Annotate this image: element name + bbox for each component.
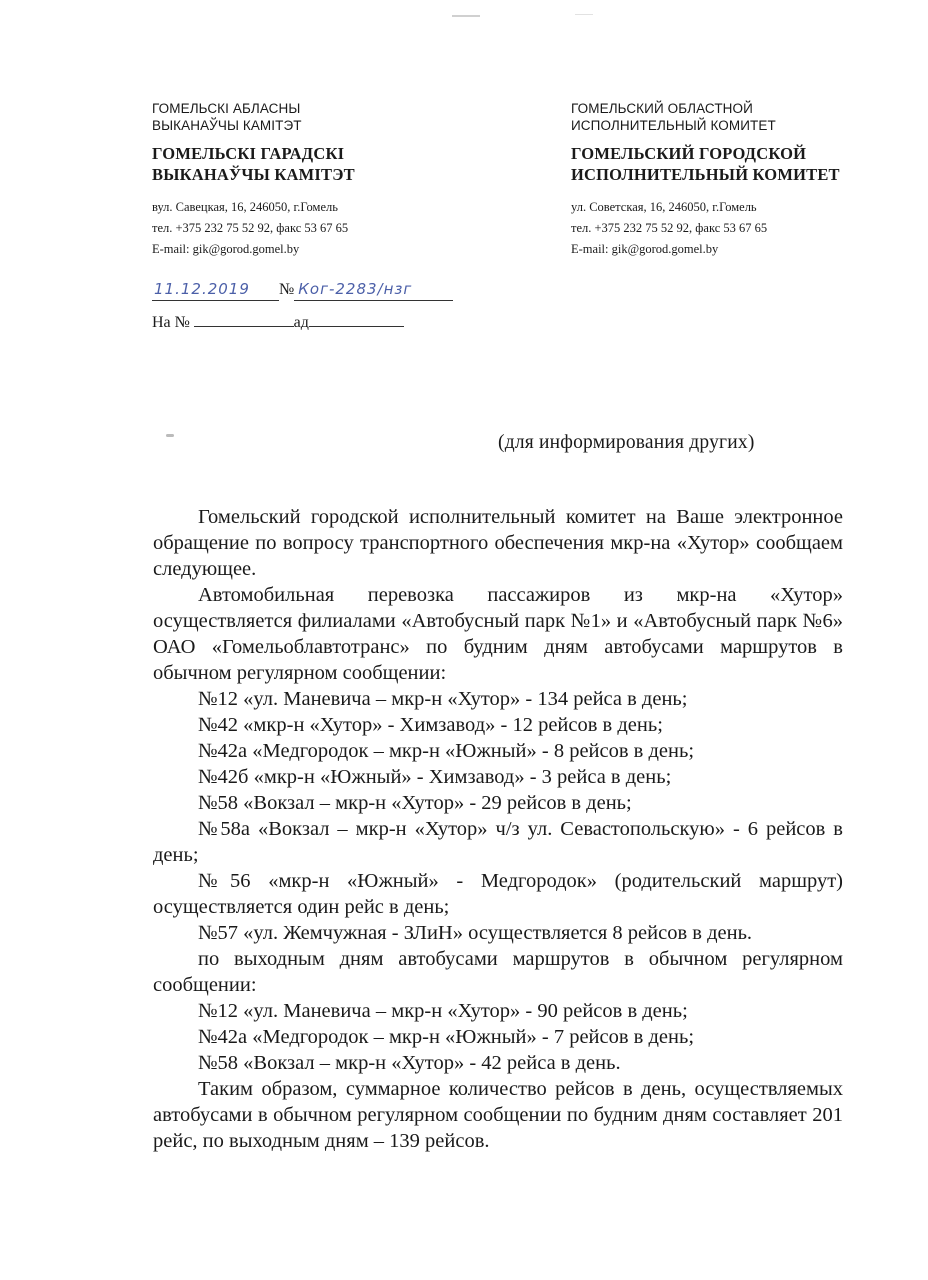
- organization-name: ГОМЕЛЬСКІ ГАРАДСКІ ВЫКАНАЎЧЫ КАМІТЭТ: [152, 143, 482, 185]
- reply-date-blank: [309, 310, 404, 327]
- route-item: №42а «Медгородок – мкр-н «Южный» - 8 рей…: [153, 738, 843, 764]
- organization-name: ГОМЕЛЬСКИЙ ГОРОДСКОЙ ИСПОЛНИТЕЛЬНЫЙ КОМИ…: [571, 143, 901, 185]
- email: E-mail: gik@gorod.gomel.by: [571, 239, 901, 260]
- scan-artifact: [166, 434, 174, 437]
- scan-artifact: [452, 15, 480, 17]
- reply-number-blank: [194, 310, 294, 327]
- region-committee-name: ГОМЕЛЬСКИЙ ОБЛАСТНОЙ ИСПОЛНИТЕЛЬНЫЙ КОМИ…: [571, 100, 901, 134]
- route-item: №12 «ул. Маневича – мкр-н «Хутор» - 90 р…: [153, 998, 843, 1024]
- handwritten-date: 11.12.2019: [154, 280, 250, 298]
- number-field: Ког-2283/нзг: [294, 280, 453, 301]
- route-item: №12 «ул. Маневича – мкр-н «Хутор» - 134 …: [153, 686, 843, 712]
- route-item: №57 «ул. Жемчужная - ЗЛиН» осуществляетс…: [153, 920, 843, 946]
- outgoing-registration-row: 11.12.2019№Ког-2283/нзг: [152, 280, 472, 310]
- summary-paragraph: Таким образом, суммарное количество рейс…: [153, 1076, 843, 1154]
- reply-to-label: На №: [152, 314, 190, 331]
- address: ул. Советская, 16, 246050, г.Гомель: [571, 197, 901, 218]
- intro-paragraph: Гомельский городской исполнительный коми…: [153, 504, 843, 582]
- weekend-intro-paragraph: по выходным дням автобусами маршрутов в …: [153, 946, 843, 998]
- reply-reference-row: На № ад: [152, 310, 472, 340]
- number-label: №: [279, 281, 294, 298]
- scan-artifact: [575, 14, 593, 15]
- date-field: 11.12.2019: [152, 280, 279, 301]
- letter-body: Гомельский городской исполнительный коми…: [153, 504, 843, 1154]
- letterhead-russian: ГОМЕЛЬСКИЙ ОБЛАСТНОЙ ИСПОЛНИТЕЛЬНЫЙ КОМИ…: [571, 100, 901, 260]
- route-item: №42а «Медгородок – мкр-н «Южный» - 7 рей…: [153, 1024, 843, 1050]
- handwritten-number: Ког-2283/нзг: [298, 280, 412, 298]
- distribution-note: (для информирования других): [498, 432, 755, 454]
- contact-block: ул. Советская, 16, 246050, г.Гомель тел.…: [571, 197, 901, 260]
- route-item: №42б «мкр-н «Южный» - Химзавод» - 3 рейс…: [153, 764, 843, 790]
- email: E-mail: gik@gorod.gomel.by: [152, 239, 482, 260]
- phone: тел. +375 232 75 52 92, факс 53 67 65: [571, 218, 901, 239]
- route-item: №58 «Вокзал – мкр-н «Хутор» - 29 рейсов …: [153, 790, 843, 816]
- registration-block: 11.12.2019№Ког-2283/нзг На № ад: [152, 280, 472, 340]
- route-item: №56 «мкр-н «Южный» - Медгородок» (родите…: [153, 868, 843, 920]
- route-item: №58а «Вокзал – мкр-н «Хутор» ч/з ул. Сев…: [153, 816, 843, 868]
- weekday-intro-paragraph: Автомобильная перевозка пассажиров из мк…: [153, 582, 843, 686]
- region-committee-name: ГОМЕЛЬСКІ АБЛАСНЫ ВЫКАНАЎЧЫ КАМІТЭТ: [152, 100, 482, 134]
- route-item: №42 «мкр-н «Хутор» - Химзавод» - 12 рейс…: [153, 712, 843, 738]
- phone: тел. +375 232 75 52 92, факс 53 67 65: [152, 218, 482, 239]
- letterhead-belarusian: ГОМЕЛЬСКІ АБЛАСНЫ ВЫКАНАЎЧЫ КАМІТЭТ ГОМЕ…: [152, 100, 482, 260]
- contact-block: вул. Савецкая, 16, 246050, г.Гомель тел.…: [152, 197, 482, 260]
- address: вул. Савецкая, 16, 246050, г.Гомель: [152, 197, 482, 218]
- route-item: №58 «Вокзал – мкр-н «Хутор» - 42 рейса в…: [153, 1050, 843, 1076]
- reply-from-label: ад: [294, 314, 309, 331]
